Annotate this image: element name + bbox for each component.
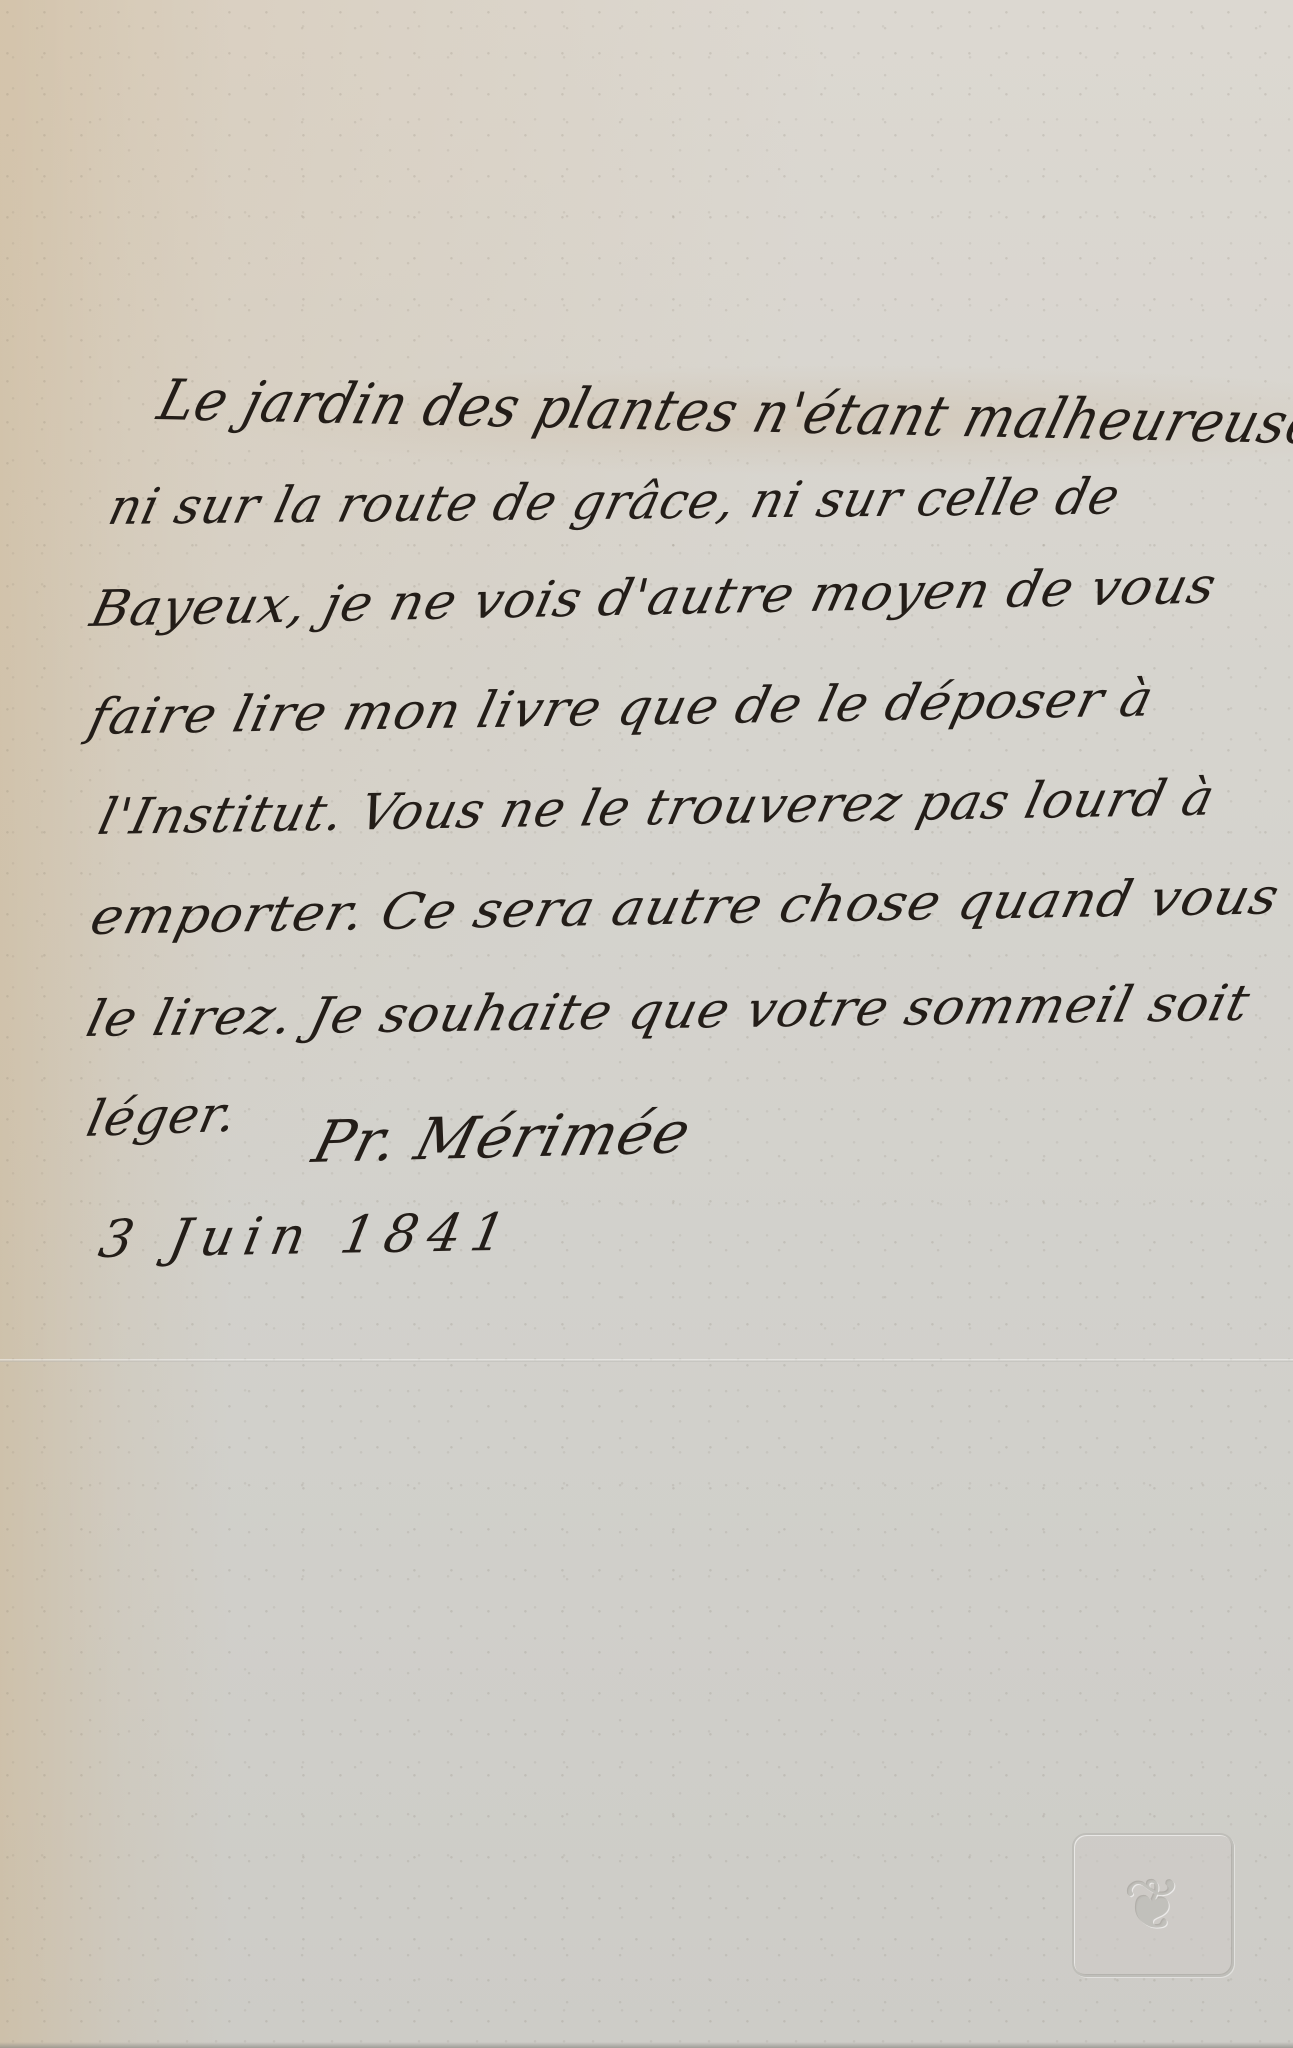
letter-line-4: faire lire mon livre que de le déposer à [83,670,1159,746]
letter-line-5: l'Institut. Vous ne le trouverez pas lou… [93,769,1220,846]
signature: Pr. Mérimée [306,1098,698,1176]
letter-date: 3 Juin 1841 [94,1203,520,1270]
letter-line-3: Bayeux, je ne vois d'autre moyen de vous [85,557,1222,638]
letter-line-7: le lirez. Je souhaite que votre sommeil … [81,974,1256,1048]
emblem-icon: ❦ [1124,1864,1183,1946]
letter-line-6: emporter. Ce sera autre chose quand vous [85,867,1285,946]
letter-line-2: ni sur la route de grâce, ni sur celle d… [103,467,1126,536]
page-bottom-edge [0,2042,1293,2048]
embossed-stamp: ❦ [1072,1833,1234,1977]
letter-page: Le jardin des plantes n'étant malheureus… [0,0,1293,2048]
letter-line-8: léger. [82,1085,243,1148]
fold-crease [0,1359,1293,1362]
letter-line-1: Le jardin des plantes n'étant malheureus… [151,368,1293,460]
